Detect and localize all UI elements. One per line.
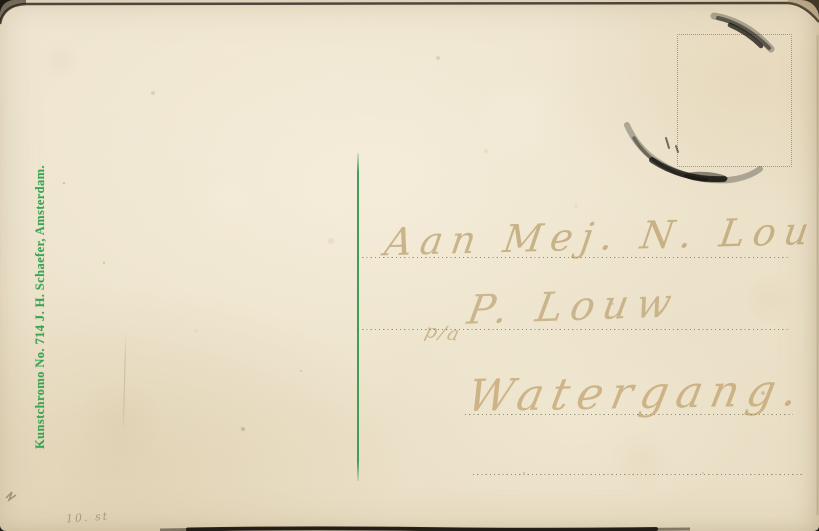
corner-scuff-mark [6,492,16,500]
publisher-imprint: Kunstchromo No. 714 J. H. Schaefer, Amst… [33,165,48,449]
address-rule-1 [358,257,788,258]
stamp-box [677,34,792,167]
postcard-back: Kunstchromo No. 714 J. H. Schaefer, Amst… [0,0,819,531]
handwriting-addressee: Aan Mej. N. Louw [382,208,819,265]
divider-line [357,153,359,481]
top-left-corner-shadow [0,0,26,24]
address-rule-2 [358,329,788,330]
pencil-note: 10. st [66,510,110,526]
top-edge-line [0,3,819,24]
handwriting-name: P. Louw [464,280,683,334]
address-rule-3 [465,414,793,415]
scan-background: Kunstchromo No. 714 J. H. Schaefer, Amst… [0,0,819,531]
top-right-corner-shadow [788,0,819,22]
handwriting-care-of: p/a [422,320,463,345]
address-rule-4 [473,474,803,475]
crease-mark [123,332,127,434]
paper-specks [0,0,2,2]
bottom-edge-strip [188,528,656,529]
bottom-edge-shadow [160,528,690,530]
